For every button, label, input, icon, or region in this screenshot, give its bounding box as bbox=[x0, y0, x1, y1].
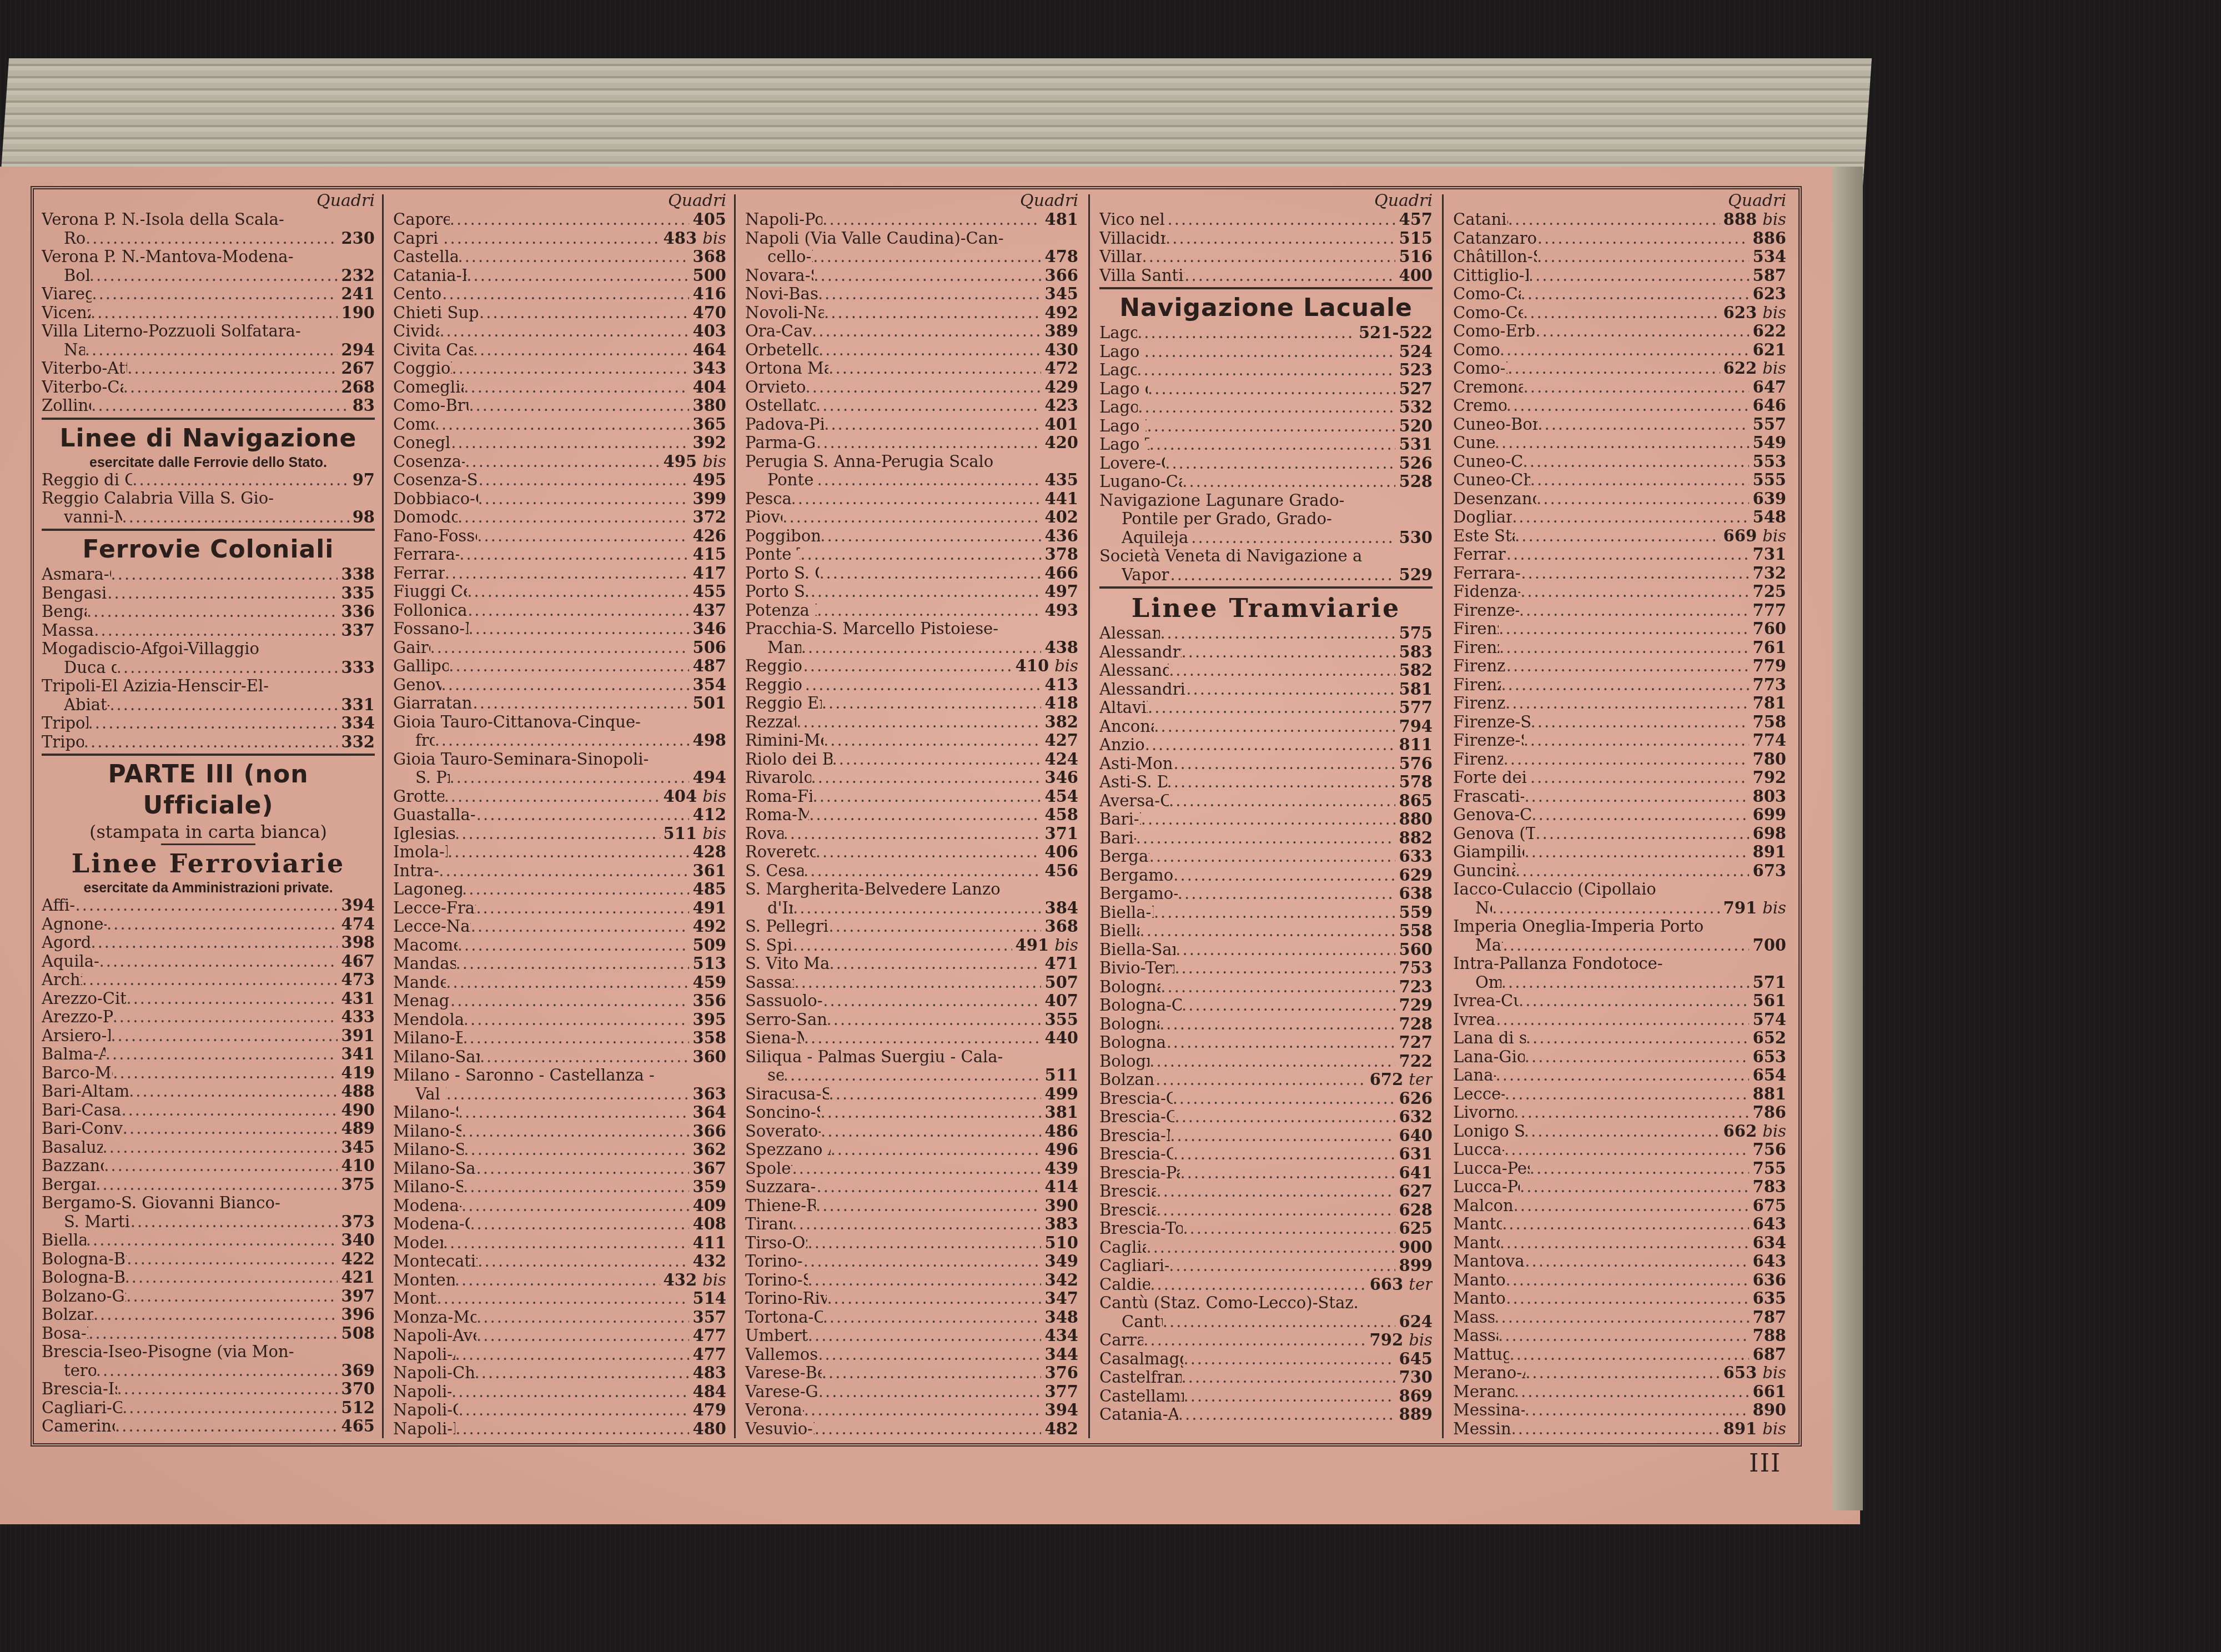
entry-row: Cagliari-Gairo-Tortolì-Arbatax512 bbox=[42, 1399, 375, 1418]
table-number-value: 635 bbox=[1752, 1289, 1786, 1308]
entry-name: Milano-Erba-Canzo Asso bbox=[393, 1029, 463, 1048]
entry-name: Brescia-Gardone-Tavernole bbox=[1099, 1108, 1174, 1127]
table-number: 415 bbox=[689, 545, 726, 564]
entry-row: Asti-Montemagno-Altavilla576 bbox=[1099, 755, 1433, 774]
table-number: 633 bbox=[1395, 847, 1433, 866]
entry-name: Lucca-Pescia-Monsummano bbox=[1453, 1159, 1530, 1178]
table-number: 669 bis bbox=[1720, 527, 1786, 546]
table-number: 190 bbox=[338, 304, 375, 323]
leader-dots bbox=[451, 1383, 689, 1402]
table-number: 625 bbox=[1395, 1219, 1433, 1238]
index-entry: Cuneo-Caraglio-Dronero553 bbox=[1453, 453, 1786, 471]
entry-row: Lovere-Castro-Pisogne526 bbox=[1099, 454, 1433, 473]
table-number: 774 bbox=[1749, 731, 1786, 750]
table-number-value: 438 bbox=[1044, 639, 1078, 657]
table-number-value: 631 bbox=[1399, 1145, 1433, 1163]
table-number-value: 427 bbox=[1044, 731, 1078, 750]
table-number-value: 661 bbox=[1752, 1383, 1786, 1401]
table-number: 366 bbox=[689, 1122, 726, 1141]
entry-name: Grotte di Postumia bbox=[393, 787, 444, 806]
index-entry: Grotte di Postumia404 bis bbox=[393, 787, 726, 806]
entry-name: Aversa-Casal di Principe bbox=[1099, 792, 1169, 811]
entry-name: Conegliano-Vittorio bbox=[393, 434, 451, 453]
leader-dots bbox=[466, 267, 689, 285]
section-subtitle: esercitate dalle Ferrovie dello Stato. bbox=[42, 454, 375, 471]
leader-dots bbox=[456, 955, 690, 973]
table-number-value: 394 bbox=[341, 896, 375, 915]
entry-name: Pescara-Penne bbox=[745, 490, 791, 509]
table-number-value: 190 bbox=[341, 304, 375, 322]
table-number-value: 459 bbox=[692, 973, 726, 992]
entry-name: Affi-Garda bbox=[42, 896, 76, 915]
entry-name: Châtillon-Saint Vincent (filovia) bbox=[1453, 248, 1537, 267]
leader-dots bbox=[455, 1345, 690, 1364]
table-number: 378 bbox=[1041, 545, 1078, 564]
table-number-value: 401 bbox=[1044, 415, 1078, 434]
table-number-suffix: bis bbox=[1762, 210, 1786, 229]
index-entry: Domodossola-Locarno372 bbox=[393, 508, 726, 527]
entry-name: Roma-Fiuggi-Frosinone bbox=[745, 787, 812, 806]
table-number-value: 493 bbox=[1044, 601, 1078, 620]
table-number-value: 732 bbox=[1752, 564, 1786, 583]
entry-name: Livorno (Tramvie di) bbox=[1453, 1103, 1514, 1122]
leader-dots bbox=[103, 1138, 338, 1157]
table-number-value: 395 bbox=[692, 1011, 726, 1029]
table-number: 377 bbox=[1041, 1383, 1078, 1402]
table-number-value: 404 bbox=[692, 378, 726, 396]
table-number: 731 bbox=[1749, 545, 1786, 564]
table-number-value: 699 bbox=[1752, 806, 1786, 824]
leader-dots bbox=[463, 1178, 689, 1197]
entry-name-continued: frondi bbox=[415, 731, 435, 750]
entry-row: Mantova-Asola634 bbox=[1453, 1234, 1786, 1253]
entry-row: Como-Cernobbio-Maslianico623 bis bbox=[1453, 304, 1786, 323]
entry-row: Brescia-Tormini-Salò-Gargnano625 bbox=[1099, 1219, 1433, 1238]
leader-dots bbox=[823, 992, 1041, 1011]
table-number: 440 bbox=[1041, 1029, 1078, 1048]
leader-dots bbox=[1170, 1127, 1395, 1146]
entry-row: Nord)791 bis bbox=[1453, 899, 1786, 918]
entry-name: Lucca-Ponte a Moriano bbox=[1453, 1178, 1520, 1197]
entry-name: Monti-Tempio bbox=[393, 1289, 437, 1308]
entry-row: Catanzaro Sala-Catanzaro Città886 bbox=[1453, 229, 1786, 248]
table-number: 389 bbox=[1041, 322, 1078, 341]
index-entry: Como-Erba Inc.-Pusiano-Lecco622 bbox=[1453, 322, 1786, 341]
index-entry: Mendola-Fondo-Dermulo395 bbox=[393, 1011, 726, 1030]
entry-row: Reggio Emilia-Carpi413 bbox=[745, 676, 1078, 695]
table-number-value: 672 bbox=[1370, 1071, 1404, 1089]
entry-row: Asmara-Cheren-Agordat338 bbox=[42, 565, 375, 584]
table-number: 886 bbox=[1749, 229, 1786, 248]
leader-dots bbox=[1504, 1141, 1749, 1159]
entry-name: Montenero (Funicolare) bbox=[393, 1271, 455, 1290]
entry-name: Cagliari-Gairo-Tortolì-Arbatax bbox=[42, 1399, 122, 1418]
leader-dots bbox=[473, 694, 689, 713]
index-entry: Milano-Seveso-Camnago359 bbox=[393, 1178, 726, 1197]
index-entry: Aversa-Casal di Principe865 bbox=[1099, 792, 1433, 811]
leader-dots bbox=[1506, 545, 1750, 564]
leader-dots bbox=[1520, 583, 1749, 601]
table-number-value: 437 bbox=[692, 601, 726, 620]
entry-row: Cagliari-Poetto900 bbox=[1099, 1238, 1433, 1257]
index-entry: Frascati-Genzano-Velletri803 bbox=[1453, 787, 1786, 806]
entry-name: Napoli-Pompei-Sarno bbox=[393, 1420, 455, 1439]
entry-row: Bengasi-Regima-Barce335 bbox=[42, 584, 375, 603]
entry-name: Brescia-Iseo-Pisogne-Edolo bbox=[42, 1380, 117, 1399]
table-number-value: 403 bbox=[692, 322, 726, 340]
table-number: 405 bbox=[689, 210, 726, 229]
table-number: 357 bbox=[689, 1308, 726, 1327]
leader-dots bbox=[793, 936, 1012, 955]
index-entry: Cantù (Staz. Como-Lecco)-Staz.Cantù-Asna… bbox=[1099, 1294, 1433, 1331]
entry-row: Forte dei Marmi-Serravezza792 bbox=[1453, 769, 1786, 787]
entry-row: Catania-Acireale (Belvedere)889 bbox=[1099, 1405, 1433, 1424]
index-entry: Viterbo-Attigliano Bomarzo-Orte267 bbox=[42, 359, 375, 378]
leader-dots bbox=[439, 322, 689, 341]
index-entry: S. Pellegrino Vetta (Funicolare)368 bbox=[745, 917, 1078, 936]
table-number: 478 bbox=[1041, 248, 1078, 267]
index-entry: Torino-Lanzo-Ceres349 bbox=[745, 1252, 1078, 1271]
entry-row: Napoli-Aversa-Capua477 bbox=[393, 1345, 726, 1364]
entry-row: Lago di Lugano527 bbox=[1099, 380, 1433, 399]
index-entry: Sassuolo-Formigine-Modena407 bbox=[745, 992, 1078, 1011]
index-entry: Bergamo-S. Giovanni Bianco-S. Martino de… bbox=[42, 1194, 375, 1231]
entry-row: Bologna232 bbox=[42, 267, 375, 285]
entry-row: Firenze-Grassina781 bbox=[1453, 694, 1786, 713]
table-number: 487 bbox=[689, 657, 726, 676]
table-number: 511 bbox=[1041, 1066, 1078, 1085]
entry-row: Napoli-Nola-Baiano484 bbox=[393, 1383, 726, 1402]
table-number: 492 bbox=[1041, 304, 1078, 323]
entry-name: Biella-Oropa bbox=[1099, 922, 1139, 941]
index-entry: Firenze-Grassina781 bbox=[1453, 694, 1786, 713]
entry-name: Iglesias-Palmas Suergiu bbox=[393, 825, 455, 843]
entry-row: Bari-Conversano-Locorotondo489 bbox=[42, 1119, 375, 1138]
entry-name: Arezzo-Città di Castello-Fossato bbox=[42, 990, 126, 1008]
index-entry: Cremona-Ostiano646 bbox=[1453, 396, 1786, 415]
table-number: 493 bbox=[1041, 601, 1078, 620]
leader-dots bbox=[96, 1176, 338, 1194]
leader-dots bbox=[439, 862, 689, 881]
table-number-value: 628 bbox=[1399, 1201, 1433, 1219]
leader-dots bbox=[110, 1027, 338, 1046]
entry-name: Massa-Marina bbox=[1453, 1327, 1498, 1345]
table-number-value: 389 bbox=[1044, 322, 1078, 340]
table-number-value: 426 bbox=[692, 527, 726, 545]
entry-row: Camerino-Castelraimondo465 bbox=[42, 1417, 375, 1436]
leader-dots bbox=[89, 267, 338, 285]
entry-name: Cuneo-Borgo S. Dalm.-Demonte bbox=[1453, 415, 1537, 434]
leader-dots bbox=[1521, 564, 1749, 583]
table-number: 865 bbox=[1395, 792, 1433, 811]
section-title: Linee di Navigazione bbox=[42, 423, 375, 454]
table-number: 369 bbox=[338, 1362, 375, 1380]
table-number-value: 758 bbox=[1752, 713, 1786, 731]
entry-name: Napoli-Pozzuoli-Torregaveta bbox=[745, 210, 822, 229]
index-entry: Conegliano-Vittorio392 bbox=[393, 434, 726, 453]
index-entry: Suzzara-Sermide-Ferrara414 bbox=[745, 1178, 1078, 1197]
table-number-value: 583 bbox=[1399, 643, 1433, 661]
table-number: 634 bbox=[1749, 1234, 1786, 1253]
entry-name: Civita Castellana-Viterbo P. F. bbox=[393, 341, 473, 360]
entry-row: Ferrara-Cento-Modena415 bbox=[393, 545, 726, 564]
entry-row: Guncinà (Funicolare)673 bbox=[1453, 862, 1786, 881]
leader-dots bbox=[832, 750, 1042, 769]
entry-row: Firenze-Vingone780 bbox=[1453, 750, 1786, 769]
entry-name: Siena-Monte Antico bbox=[745, 1029, 804, 1048]
index-entry: Coggiola-Grignasco343 bbox=[393, 359, 726, 378]
entry-row: Bologna-Pieve di Cento727 bbox=[1099, 1033, 1433, 1052]
table-number: 581 bbox=[1395, 680, 1433, 699]
table-number: 479 bbox=[689, 1401, 726, 1420]
table-number: 421 bbox=[338, 1268, 375, 1287]
leader-dots bbox=[1137, 324, 1355, 343]
leader-dots bbox=[811, 583, 1042, 601]
table-number-value: 422 bbox=[341, 1250, 375, 1268]
entry-name: Bologna-Budrio-Portomaggiore bbox=[42, 1268, 125, 1287]
entry-name: Verona P. N.-Isola della Scala- bbox=[42, 210, 375, 229]
table-number: 376 bbox=[1041, 1364, 1078, 1383]
entry-name: Archi-Atessa bbox=[42, 971, 82, 990]
table-number-value: 334 bbox=[341, 714, 375, 732]
index-entry: Bengasi-Soluk336 bbox=[42, 602, 375, 621]
table-number: 529 bbox=[1395, 566, 1433, 585]
index-entry: Alessandria-Spinetta-Mandrogne581 bbox=[1099, 680, 1433, 699]
leader-dots bbox=[818, 285, 1042, 304]
entry-name: Bologna-Vignola bbox=[1099, 1052, 1149, 1071]
entry-row: Mantova-Dosso del Corso643 bbox=[1453, 1252, 1786, 1271]
leader-dots bbox=[464, 1011, 690, 1030]
entry-row: Lana-Merano654 bbox=[1453, 1066, 1786, 1085]
entry-name: S. Margherita-Belvedere Lanzo bbox=[745, 880, 1078, 899]
index-entry: Firenze-Brozzi760 bbox=[1453, 620, 1786, 639]
leader-dots bbox=[1149, 435, 1396, 454]
entry-row: Bari-Barletta880 bbox=[1099, 810, 1433, 829]
table-number: 880 bbox=[1395, 810, 1433, 829]
table-number-value: 487 bbox=[692, 657, 726, 675]
table-number-value: 523 bbox=[1399, 361, 1433, 379]
table-number-value: 673 bbox=[1752, 862, 1786, 880]
index-entry: Massa-Marina788 bbox=[1453, 1327, 1786, 1345]
leader-dots bbox=[125, 1268, 338, 1287]
entry-name: Intra-Premeno bbox=[393, 862, 439, 881]
leader-dots bbox=[1530, 1159, 1750, 1178]
table-number: 527 bbox=[1395, 380, 1433, 399]
table-number: 888 bis bbox=[1720, 210, 1786, 229]
index-entry: Cuneo-Borgo S. Dalm.-Demonte557 bbox=[1453, 415, 1786, 434]
table-number-value: 647 bbox=[1752, 378, 1786, 396]
entry-row: Brescia-Orzinuovi-Soncino631 bbox=[1099, 1145, 1433, 1164]
index-entry: Brescia-S. Eufemia627 bbox=[1099, 1182, 1433, 1201]
entry-name: Napoli-Aversa-Capua bbox=[393, 1345, 455, 1364]
index-entry: Napoli-Aversa-Capua477 bbox=[393, 1345, 726, 1364]
table-number-value: 496 bbox=[1044, 1141, 1078, 1159]
table-number: 484 bbox=[689, 1383, 726, 1402]
leader-dots bbox=[1530, 769, 1750, 787]
table-number: 699 bbox=[1749, 806, 1786, 825]
table-number-value: 891 bbox=[1752, 843, 1786, 861]
entry-name: Firenze-Fiesole bbox=[1453, 676, 1501, 695]
table-number: 506 bbox=[689, 639, 726, 657]
leader-dots bbox=[1499, 620, 1749, 639]
table-number: 792 bbox=[1749, 769, 1786, 787]
table-number: 380 bbox=[689, 396, 726, 415]
entry-row: Modena-Cavezzo-Mirandola408 bbox=[393, 1215, 726, 1234]
table-number: 432 bbox=[689, 1252, 726, 1271]
leader-dots bbox=[809, 806, 1041, 825]
table-number-value: 380 bbox=[692, 396, 726, 415]
table-number-value: 574 bbox=[1752, 1011, 1786, 1029]
leader-dots bbox=[827, 1011, 1042, 1030]
table-number-value: 786 bbox=[1752, 1103, 1786, 1122]
entry-row: Novara-Saronno-Milano366 bbox=[745, 267, 1078, 285]
quadri-header: Quadri bbox=[1099, 192, 1433, 210]
index-entry: Bazzano-Spilamberto410 bbox=[42, 1157, 375, 1176]
table-number: 466 bbox=[1041, 564, 1078, 583]
index-entry: Torino-Rivarolo-Castellamonte347 bbox=[745, 1289, 1078, 1308]
table-number-value: 343 bbox=[692, 359, 726, 378]
entry-row: Viterbo-Capranica Sutri-Roma268 bbox=[42, 378, 375, 397]
entry-row: Cuneo-Boves549 bbox=[1453, 434, 1786, 453]
index-entry: Mandas-Isili-Sorgono513 bbox=[393, 955, 726, 973]
leader-dots bbox=[1524, 731, 1750, 750]
entry-name: Biella-Santhià bbox=[42, 1231, 86, 1250]
table-number: 495 bbox=[689, 471, 726, 490]
index-entry: Perugia S. Anna-Perugia ScaloPonte S. Gi… bbox=[745, 453, 1078, 490]
entry-row: Bologna-Vignola722 bbox=[1099, 1052, 1433, 1071]
entry-name: Brescia-Tormini-Salò-Gargnano bbox=[1099, 1219, 1183, 1238]
leader-dots bbox=[1160, 978, 1395, 997]
leader-dots bbox=[476, 806, 690, 825]
entry-row: Bengasi-Soluk336 bbox=[42, 602, 375, 621]
index-entry: Vallemosso-Cossato-Biella344 bbox=[745, 1345, 1078, 1364]
table-number-value: 515 bbox=[1399, 229, 1433, 248]
entry-row: Genova-Casella354 bbox=[393, 676, 726, 695]
entry-name: Firenze-Brozzi bbox=[1453, 620, 1499, 639]
entry-name: Lecce-Nardò-Tricase-Maglie bbox=[393, 917, 471, 936]
leader-dots bbox=[1500, 341, 1750, 360]
table-number-value: 396 bbox=[341, 1305, 375, 1324]
table-number: 424 bbox=[1041, 750, 1078, 769]
entry-row: Cagliari-Quarto S. Elena899 bbox=[1099, 1257, 1433, 1276]
section-rule bbox=[1099, 287, 1433, 289]
table-number: 396 bbox=[338, 1305, 375, 1324]
leader-dots bbox=[1515, 862, 1749, 881]
table-number-value: 392 bbox=[692, 434, 726, 452]
index-entry: Messina (Gazzi)-Dazio891 bis bbox=[1453, 1420, 1786, 1439]
entry-row: Brescia-Iseo-Pisogne-Edolo370 bbox=[42, 1380, 375, 1399]
entry-row: Monti-Tempio514 bbox=[393, 1289, 726, 1308]
table-number-value: 652 bbox=[1752, 1029, 1786, 1047]
table-number: 337 bbox=[338, 621, 375, 640]
leader-dots bbox=[1156, 1201, 1395, 1220]
index-entry: Serro-Santuario della Guardia355 bbox=[745, 1011, 1078, 1030]
index-entry: Fano-Fossombrone-Fermignano426 bbox=[393, 527, 726, 546]
entry-name: Arsiero-Rocchette-Schio bbox=[42, 1027, 110, 1046]
leader-dots bbox=[1155, 1071, 1366, 1089]
table-number: 890 bbox=[1749, 1401, 1786, 1420]
entry-name: Bengasi-Soluk bbox=[42, 602, 87, 621]
leader-dots bbox=[1148, 380, 1395, 399]
leader-dots bbox=[824, 415, 1041, 434]
leader-dots bbox=[820, 1103, 1041, 1122]
table-number-value: 623 bbox=[1752, 285, 1786, 303]
entry-row: Firenze-S. Casciano e Greve758 bbox=[1453, 713, 1786, 732]
table-number: 394 bbox=[338, 896, 375, 915]
table-number-value: 794 bbox=[1399, 717, 1433, 736]
index-entry: Padova-Piazzola-Carmignano401 bbox=[745, 415, 1078, 434]
index-entry: Menaggio-Porlezza356 bbox=[393, 992, 726, 1011]
leader-dots bbox=[464, 378, 689, 397]
entry-row: Rovigo230 bbox=[42, 229, 375, 248]
entry-name: Società Veneta di Navigazione a bbox=[1099, 547, 1433, 566]
table-number: 794 bbox=[1395, 717, 1433, 736]
index-entry: Roma-Marina di Ostia458 bbox=[745, 806, 1078, 825]
leader-dots bbox=[807, 1234, 1041, 1253]
entry-name: Rimini-Mercatino Marecchia bbox=[745, 731, 823, 750]
entry-name: Tripoli-El Azizia-Henscir-El- bbox=[42, 677, 375, 696]
column-divider bbox=[734, 194, 736, 1438]
table-number-value: 880 bbox=[1399, 810, 1433, 828]
entry-row: Castellanza-Val Morea368 bbox=[393, 248, 726, 267]
table-number-suffix: bis bbox=[702, 1271, 726, 1289]
entry-row: Modena-Cavezzo-Finale409 bbox=[393, 1197, 726, 1216]
entry-row: Orvieto (Funicolare)429 bbox=[745, 378, 1078, 397]
table-number-value: 346 bbox=[1044, 769, 1078, 787]
entry-row: Desenzano-Castiglione Stiviere639 bbox=[1453, 490, 1786, 509]
table-number-value: 457 bbox=[1399, 210, 1433, 229]
index-entry: Modena-Cavezzo-Mirandola408 bbox=[393, 1215, 726, 1234]
leader-dots bbox=[444, 787, 660, 806]
table-number: 482 bbox=[1041, 1420, 1078, 1439]
entry-row: Val Morea363 bbox=[393, 1085, 726, 1104]
leader-dots bbox=[463, 1029, 689, 1048]
entry-row: Lago Trasimeno531 bbox=[1099, 435, 1433, 454]
entry-name: Catania (Tramvie di) bbox=[1453, 210, 1508, 229]
entry-name: Cittiglio-Bosco Valtravaglia bbox=[1453, 267, 1529, 285]
table-number: 456 bbox=[1041, 862, 1078, 881]
table-number-value: 357 bbox=[692, 1308, 726, 1327]
table-number-value: 455 bbox=[692, 583, 726, 601]
table-number-value: 338 bbox=[341, 565, 375, 584]
entry-name: Bari-Casamassima-Putignano bbox=[42, 1101, 121, 1120]
table-number-value: 362 bbox=[692, 1141, 726, 1159]
index-entry: Massa-Forno787 bbox=[1453, 1308, 1786, 1327]
table-number-value: 811 bbox=[1399, 736, 1433, 754]
index-entry: Giarratana-Vizzini Campagna501 bbox=[393, 694, 726, 713]
entry-row: Firenze-Casellina779 bbox=[1453, 657, 1786, 676]
entry-row: S. Cesareo-Frascati456 bbox=[745, 862, 1078, 881]
table-number-value: 368 bbox=[1044, 917, 1078, 936]
entry-name: Bologna-Casalecchio bbox=[1099, 978, 1160, 997]
table-number-value: 481 bbox=[1044, 210, 1078, 229]
entry-name: Dogliani-Monchiero bbox=[1453, 508, 1512, 527]
entry-name: Massaua-Asmara bbox=[42, 621, 94, 640]
table-number-value: 791 bbox=[1723, 899, 1757, 917]
entry-name: Porto S. Venere-Mileto bbox=[745, 583, 811, 601]
table-number: 338 bbox=[338, 565, 375, 584]
entry-name: Umbertide-Todi-Terni bbox=[745, 1327, 808, 1345]
table-number-value: 416 bbox=[692, 285, 726, 303]
table-number: 362 bbox=[689, 1141, 726, 1159]
table-number-value: 632 bbox=[1399, 1108, 1433, 1126]
leader-dots bbox=[1145, 736, 1396, 755]
index-entry: Bari-Conversano-Locorotondo489 bbox=[42, 1119, 375, 1138]
table-number-value: 645 bbox=[1399, 1350, 1433, 1368]
table-number: 230 bbox=[338, 229, 375, 248]
table-number-value: 582 bbox=[1399, 661, 1433, 680]
table-number: 524 bbox=[1395, 343, 1433, 361]
